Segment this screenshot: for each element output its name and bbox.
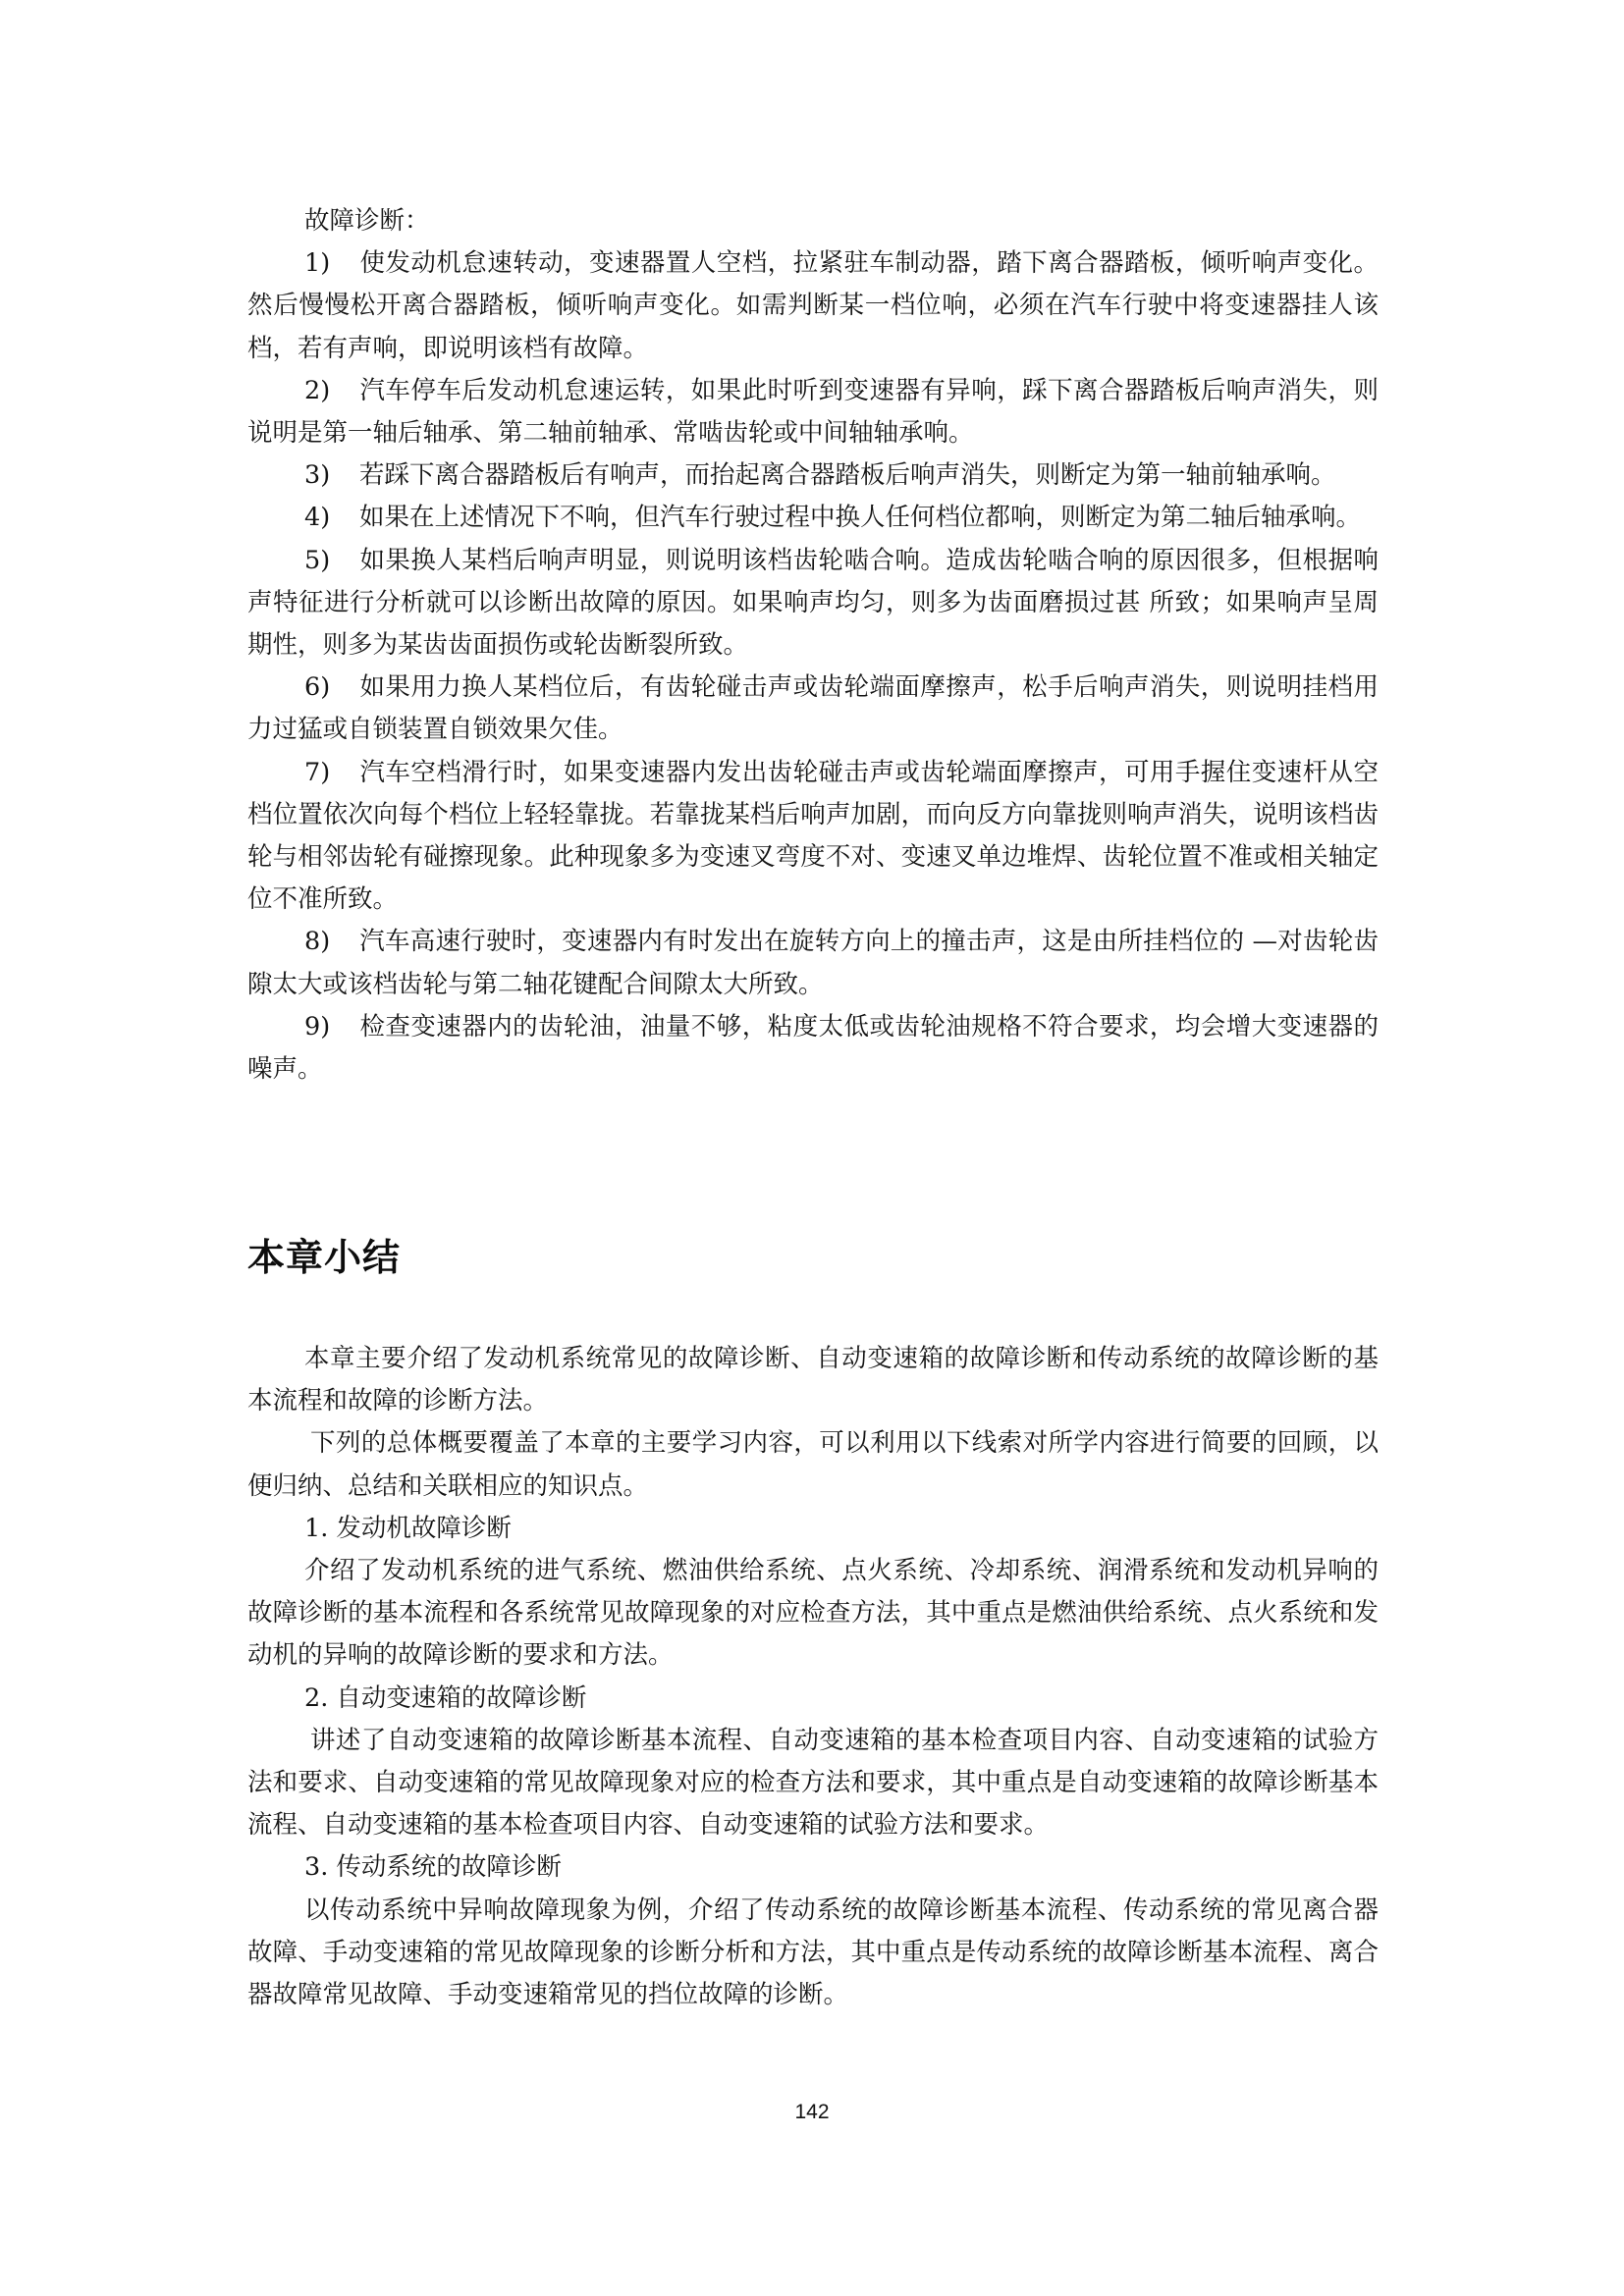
section-title: 1. 发动机故障诊断 <box>247 1508 1379 1550</box>
item-text: 汽车停车后发动机怠速运转，如果此时听到变速器有异响，踩下离合器踏板后响声消失，则… <box>247 376 1379 448</box>
item-text: 如果用力换人某档位后，有齿轮碰击声或齿轮端面摩擦声，松手后响声消失，则说明挂档用… <box>247 672 1379 744</box>
item-number: 1) <box>304 242 359 285</box>
item-number: 2) <box>304 370 359 412</box>
section-text: 讲述了自动变速箱的故障诊断基本流程、自动变速箱的基本检查项目内容、自动变速箱的试… <box>247 1720 1379 1847</box>
item-text: 如果换人某档后响声明显，则说明该档齿轮啮合响。造成齿轮啮合响的原因很多，但根据响… <box>247 546 1379 660</box>
document-page: 故障诊断： 1)使发动机怠速转动，变速器置人空档，拉紧驻车制动器，踏下离合器踏板… <box>0 0 1624 2296</box>
item-text: 若踩下离合器踏板后有响声，而抬起离合器踏板后响声消失，则断定为第一轴前轴承响。 <box>359 460 1336 490</box>
item-number: 6) <box>304 667 359 709</box>
item-text: 检查变速器内的齿轮油，油量不够，粘度太低或齿轮油规格不符合要求，均会增大变速器的… <box>247 1012 1379 1084</box>
item-text: 汽车高速行驶时，变速器内有时发出在旋转方向上的撞击声，这是由所挂档位的 —对齿轮… <box>247 927 1379 998</box>
diagnosis-item: 9)检查变速器内的齿轮油，油量不够，粘度太低或齿轮油规格不符合要求，均会增大变速… <box>247 1006 1379 1091</box>
summary-overview: 下列的总体概要覆盖了本章的主要学习内容，可以利用以下线索对所学内容进行简要的回顾… <box>247 1422 1379 1507</box>
summary-section: 本章主要介绍了发动机系统常见的故障诊断、自动变速箱的故障诊断和传动系统的故障诊断… <box>247 1338 1379 2016</box>
section-text: 介绍了发动机系统的进气系统、燃油供给系统、点火系统、冷却系统、润滑系统和发动机异… <box>247 1550 1379 1678</box>
item-number: 3) <box>304 454 359 497</box>
diagnosis-title: 故障诊断： <box>247 200 1379 242</box>
diagnosis-item: 1)使发动机怠速转动，变速器置人空档，拉紧驻车制动器，踏下离合器踏板，倾听响声变… <box>247 242 1379 370</box>
page-number: 142 <box>0 2101 1624 2124</box>
diagnosis-section: 故障诊断： 1)使发动机怠速转动，变速器置人空档，拉紧驻车制动器，踏下离合器踏板… <box>247 200 1379 1091</box>
diagnosis-item: 8)汽车高速行驶时，变速器内有时发出在旋转方向上的撞击声，这是由所挂档位的 —对… <box>247 921 1379 1005</box>
section-text: 以传动系统中异响故障现象为例，介绍了传动系统的故障诊断基本流程、传动系统的常见离… <box>247 1890 1379 2017</box>
item-number: 5) <box>304 540 359 582</box>
section-title: 3. 传动系统的故障诊断 <box>247 1846 1379 1889</box>
item-text: 汽车空档滑行时，如果变速器内发出齿轮碰击声或齿轮端面摩擦声，可用手握住变速杆从空… <box>247 758 1379 915</box>
item-text: 使发动机怠速转动，变速器置人空档，拉紧驻车制动器，踏下离合器踏板，倾听响声变化。… <box>247 248 1379 362</box>
diagnosis-item: 3)若踩下离合器踏板后有响声，而抬起离合器踏板后响声消失，则断定为第一轴前轴承响… <box>247 454 1379 497</box>
diagnosis-item: 2)汽车停车后发动机怠速运转，如果此时听到变速器有异响，踩下离合器踏板后响声消失… <box>247 370 1379 454</box>
item-number: 8) <box>304 921 359 963</box>
section-title: 2. 自动变速箱的故障诊断 <box>247 1678 1379 1720</box>
item-number: 4) <box>304 497 359 539</box>
item-number: 7) <box>304 752 359 794</box>
diagnosis-item: 5)如果换人某档后响声明显，则说明该档齿轮啮合响。造成齿轮啮合响的原因很多，但根… <box>247 540 1379 667</box>
item-text: 如果在上述情况下不响，但汽车行驶过程中换人任何档位都响，则断定为第二轴后轴承响。 <box>359 503 1361 532</box>
chapter-summary-heading: 本章小结 <box>247 1227 401 1281</box>
diagnosis-item: 4)如果在上述情况下不响，但汽车行驶过程中换人任何档位都响，则断定为第二轴后轴承… <box>247 497 1379 539</box>
diagnosis-item: 7)汽车空档滑行时，如果变速器内发出齿轮碰击声或齿轮端面摩擦声，可用手握住变速杆… <box>247 752 1379 922</box>
diagnosis-item: 6)如果用力换人某档位后，有齿轮碰击声或齿轮端面摩擦声，松手后响声消失，则说明挂… <box>247 667 1379 751</box>
item-number: 9) <box>304 1006 359 1048</box>
summary-intro: 本章主要介绍了发动机系统常见的故障诊断、自动变速箱的故障诊断和传动系统的故障诊断… <box>247 1338 1379 1422</box>
